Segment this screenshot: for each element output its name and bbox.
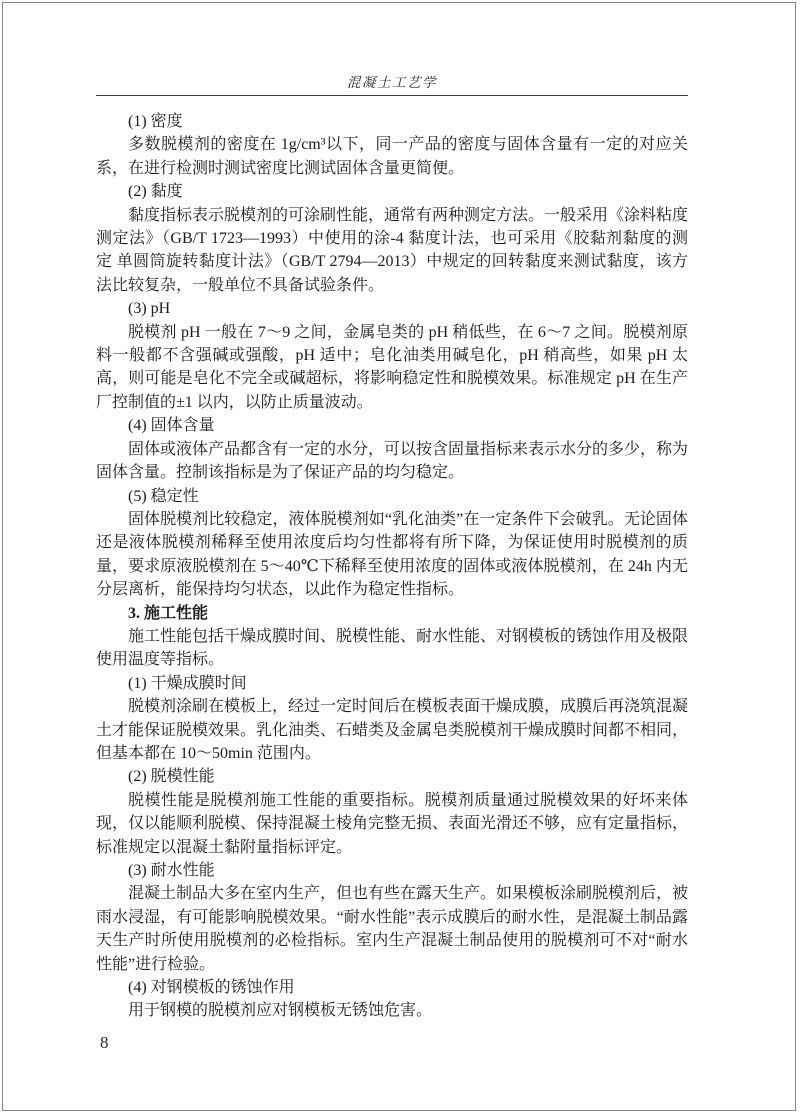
paragraph: 固体或液体产品都含有一定的水分，可以按含固量指标来表示水分的多少，称为固体含量。…	[96, 438, 688, 485]
item-heading: (2) 黏度	[96, 180, 688, 203]
item-heading: (5) 稳定性	[96, 485, 688, 508]
item-heading: (3) pH	[96, 297, 688, 320]
book-page: 混凝土工艺学 (1) 密度多数脱模剂的密度在 1g/cm³以下，同一产品的密度与…	[0, 0, 800, 1114]
section-heading: 3. 施工性能	[96, 602, 688, 625]
paragraph: 用于钢模的脱模剂应对钢模板无锈蚀危害。	[96, 999, 688, 1022]
paragraph: 施工性能包括干燥成膜时间、脱模性能、耐水性能、对钢模板的锈蚀作用及极限使用温度等…	[96, 625, 688, 672]
paragraph: 多数脱模剂的密度在 1g/cm³以下，同一产品的密度与固体含量有一定的对应关系，…	[96, 133, 688, 180]
page-number: 8	[100, 1033, 109, 1053]
paragraph: 黏度指标表示脱模剂的可涂刷性能，通常有两种测定方法。一般采用《涂料粘度测定法》（…	[96, 204, 688, 298]
item-heading: (3) 耐水性能	[96, 859, 688, 882]
header-rule	[96, 95, 688, 96]
paragraph: 混凝土制品大多在室内生产，但也有些在露天生产。如果模板涂刷脱模剂后，被雨水浸湿，…	[96, 882, 688, 976]
item-heading: (4) 对钢模板的锈蚀作用	[96, 976, 688, 999]
paragraph: 脱模剂 pH 一般在 7～9 之间，金属皂类的 pH 稍低些，在 6～7 之间。…	[96, 321, 688, 415]
paragraph: 脱模性能是脱模剂施工性能的重要指标。脱模剂质量通过脱模效果的好坏来体现，仅以能顺…	[96, 789, 688, 859]
paragraph: 固体脱模剂比较稳定，液体脱模剂如“乳化油类”在一定条件下会破乳。无论固体还是液体…	[96, 508, 688, 602]
running-header-title: 混凝土工艺学	[96, 71, 688, 91]
item-heading: (4) 固体含量	[96, 414, 688, 437]
item-heading: (2) 脱模性能	[96, 765, 688, 788]
paragraph: 脱模剂涂刷在模板上，经过一定时间后在模板表面干燥成膜，成膜后再浇筑混凝土才能保证…	[96, 695, 688, 765]
item-heading: (1) 密度	[96, 110, 688, 133]
body-text: (1) 密度多数脱模剂的密度在 1g/cm³以下，同一产品的密度与固体含量有一定…	[96, 110, 688, 1023]
item-heading: (1) 干燥成膜时间	[96, 672, 688, 695]
